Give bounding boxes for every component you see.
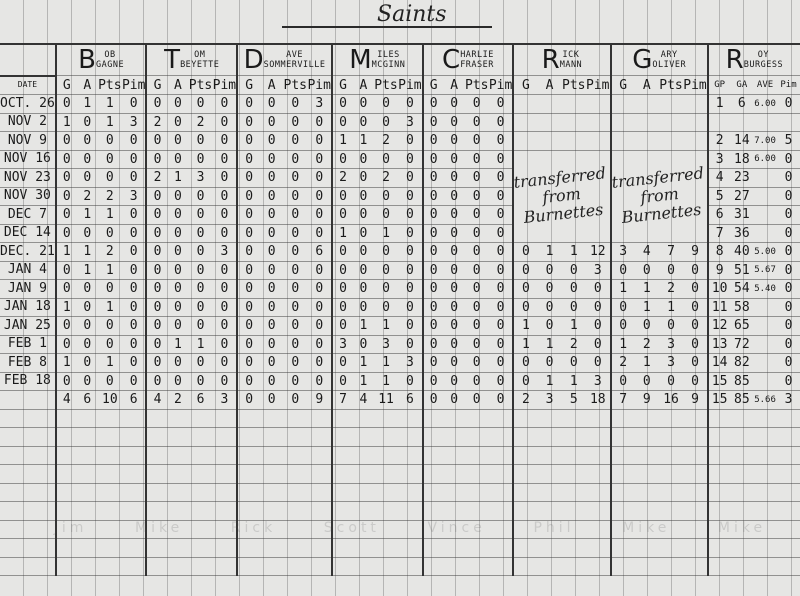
stat-cell: 0	[56, 95, 77, 114]
stat-cell: 0	[537, 317, 561, 336]
stat-cell: 11	[708, 298, 731, 317]
stat-cell: 1	[635, 354, 659, 373]
player-last-name: SOMMERVILLE	[264, 60, 326, 70]
stat-cell: 1	[537, 372, 561, 391]
stat-cell: 0	[683, 335, 708, 354]
stat-cell: 0	[283, 354, 307, 373]
empty-cell	[374, 557, 398, 576]
stat-cell: 0	[56, 150, 77, 169]
empty-cell	[307, 465, 332, 484]
stat-cell: 0	[146, 132, 167, 151]
empty-cell	[77, 483, 98, 502]
stat-cell: 14	[708, 354, 731, 373]
stat-cell: 0	[444, 113, 465, 132]
empty-cell	[0, 483, 56, 502]
empty-cell	[611, 557, 635, 576]
empty-cell	[659, 502, 683, 521]
empty-cell	[537, 483, 561, 502]
player-initial: C	[442, 45, 460, 75]
player-header: GARYOLIVER	[611, 44, 708, 76]
game-row: FEB 8101000000000011300000000213014820	[0, 354, 800, 373]
stat-cell: 1	[332, 224, 353, 243]
player-initial: G	[632, 45, 652, 75]
bleed-through-name: Vince	[428, 520, 486, 550]
stat-cell: 0	[213, 280, 237, 299]
stat-header-pts: Pts	[374, 76, 398, 95]
stat-cell: 0	[398, 95, 422, 114]
stat-cell: 3	[777, 391, 800, 410]
game-row: NOV 1600000000000000000000transferred fr…	[0, 150, 800, 169]
stat-cell: 0	[353, 298, 374, 317]
stat-cell	[659, 113, 683, 132]
empty-cell	[146, 502, 167, 521]
empty-row	[0, 409, 800, 428]
stat-cell: 0	[777, 224, 800, 243]
player-first-name: ARY	[652, 50, 686, 60]
stat-cell: 0	[353, 280, 374, 299]
stat-cell: 0	[77, 150, 98, 169]
stat-cell: 3	[332, 335, 353, 354]
stat-cell: 0	[777, 243, 800, 262]
empty-cell	[146, 446, 167, 465]
stat-header-a: A	[537, 76, 561, 95]
game-row: OCT. 2601100000000300000000166.000	[0, 95, 800, 114]
stat-cell: 0	[146, 335, 167, 354]
stat-cell: 0	[260, 354, 283, 373]
stat-cell: 0	[213, 354, 237, 373]
empty-cell	[537, 446, 561, 465]
empty-cell	[307, 483, 332, 502]
stat-cell: 1	[562, 243, 586, 262]
player-first-name: OM	[180, 50, 219, 60]
empty-cell	[731, 428, 754, 447]
stat-cell: 0	[489, 187, 513, 206]
empty-cell	[77, 502, 98, 521]
stat-cell: 0	[423, 317, 444, 336]
stat-cell: 6	[122, 391, 146, 410]
stat-cell: 0	[77, 317, 98, 336]
empty-cell	[465, 465, 489, 484]
stat-cell: 0	[260, 317, 283, 336]
stat-cell: 0	[237, 95, 260, 114]
stat-cell: 0	[213, 298, 237, 317]
empty-cell	[260, 502, 283, 521]
empty-cell	[444, 465, 465, 484]
stat-cell: 5.40	[753, 280, 777, 299]
stat-cell: 0	[146, 150, 167, 169]
empty-cell	[423, 557, 444, 576]
stat-cell	[683, 113, 708, 132]
stat-cell: 0	[444, 391, 465, 410]
stat-cell: 0	[423, 113, 444, 132]
stat-cell: 0	[489, 206, 513, 225]
empty-cell	[683, 409, 708, 428]
player-first-name: HARLIE	[460, 50, 494, 60]
stat-cell: 18	[731, 150, 754, 169]
stat-cell	[659, 95, 683, 114]
stat-cell: 0	[168, 243, 189, 262]
stat-cell: 1	[635, 280, 659, 299]
empty-cell	[731, 502, 754, 521]
stat-header-g: G	[146, 76, 167, 95]
empty-cell	[444, 483, 465, 502]
stat-cell: 2	[77, 187, 98, 206]
stat-cell: 0	[374, 261, 398, 280]
stat-cell: 4	[56, 391, 77, 410]
stat-cell: 0	[213, 95, 237, 114]
stat-cell: 0	[283, 317, 307, 336]
empty-cell	[635, 428, 659, 447]
empty-cell	[213, 446, 237, 465]
stat-cell: 0	[122, 243, 146, 262]
empty-cell	[237, 465, 260, 484]
empty-cell	[188, 483, 212, 502]
stat-cell: 5.66	[753, 391, 777, 410]
empty-cell	[283, 483, 307, 502]
empty-cell	[489, 428, 513, 447]
stat-cell: 6	[731, 95, 754, 114]
stat-cell: 0	[586, 298, 611, 317]
stat-cell: 9	[683, 243, 708, 262]
empty-cell	[332, 483, 353, 502]
game-date: NOV 23	[0, 169, 56, 188]
empty-cell	[513, 483, 537, 502]
stat-cell: 58	[731, 298, 754, 317]
stat-cell: 15	[708, 391, 731, 410]
empty-cell	[465, 446, 489, 465]
player-header: CHARLIEFRASER	[423, 44, 514, 76]
stat-cell	[777, 113, 800, 132]
stat-cell: 0	[683, 354, 708, 373]
stat-cell: 0	[374, 206, 398, 225]
stat-cell: 0	[659, 372, 683, 391]
empty-cell	[168, 409, 189, 428]
stat-cell	[683, 95, 708, 114]
stat-cell: 5.67	[753, 261, 777, 280]
player-name: HARLIEFRASER	[460, 50, 494, 70]
empty-cell	[444, 502, 465, 521]
stat-cell: 0	[260, 113, 283, 132]
empty-cell	[374, 446, 398, 465]
stat-cell: 0	[56, 317, 77, 336]
stat-cell: 23	[731, 169, 754, 188]
stat-cell: 0	[683, 317, 708, 336]
stat-header-pts: Pts	[659, 76, 683, 95]
stat-cell: 82	[731, 354, 754, 373]
stat-cell: 0	[307, 280, 332, 299]
stat-cell: 0	[77, 354, 98, 373]
stat-cell: 0	[188, 261, 212, 280]
empty-cell	[777, 465, 800, 484]
stat-cell: 0	[423, 132, 444, 151]
stat-cell: 1	[98, 354, 122, 373]
empty-cell	[353, 428, 374, 447]
empty-cell	[586, 428, 611, 447]
stat-cell: 0	[260, 150, 283, 169]
stat-cell: 0	[489, 354, 513, 373]
stat-cell: 0	[398, 169, 422, 188]
stat-cell: 0	[353, 95, 374, 114]
player-header: MILESMCGINN	[332, 44, 423, 76]
stat-cell: 0	[56, 169, 77, 188]
stat-cell: 0	[423, 150, 444, 169]
empty-cell	[237, 446, 260, 465]
empty-cell	[659, 428, 683, 447]
stat-cell: 0	[188, 132, 212, 151]
empty-cell	[611, 483, 635, 502]
player-last-name: BURGESS	[744, 60, 783, 70]
empty-cell	[489, 483, 513, 502]
stat-cell: 2	[146, 113, 167, 132]
stat-cell: 0	[56, 335, 77, 354]
empty-cell	[708, 483, 731, 502]
empty-cell	[731, 409, 754, 428]
empty-cell	[0, 409, 56, 428]
empty-cell	[683, 465, 708, 484]
stat-cell: 6	[77, 391, 98, 410]
stat-cell: 0	[260, 206, 283, 225]
stat-cell: 0	[332, 317, 353, 336]
empty-cell	[146, 557, 167, 576]
stat-cell: 2	[98, 187, 122, 206]
empty-cell	[513, 502, 537, 521]
stat-cell: 0	[398, 280, 422, 299]
empty-cell	[489, 409, 513, 428]
stat-cell: 0	[353, 187, 374, 206]
stat-cell: 0	[122, 95, 146, 114]
stat-cell: 2	[611, 354, 635, 373]
stat-cell	[753, 298, 777, 317]
stat-cell: 0	[307, 317, 332, 336]
stat-cell: 0	[168, 224, 189, 243]
stat-cell: 3	[122, 113, 146, 132]
stat-cell: 1	[537, 243, 561, 262]
stat-header-pim: Pim	[213, 76, 237, 95]
stat-cell: 0	[465, 354, 489, 373]
empty-cell	[307, 502, 332, 521]
stat-cell: 0	[423, 95, 444, 114]
empty-row	[0, 483, 800, 502]
stat-cell: 0	[213, 132, 237, 151]
stat-cell: 0	[777, 354, 800, 373]
stat-cell: 3	[659, 354, 683, 373]
stat-cell	[513, 132, 537, 151]
empty-cell	[683, 428, 708, 447]
stat-cell: 0	[398, 372, 422, 391]
stat-cell: 5	[708, 187, 731, 206]
stat-cell: 1	[77, 95, 98, 114]
stat-cell: 3	[537, 391, 561, 410]
stat-cell: 0	[283, 280, 307, 299]
stat-cell: 0	[398, 224, 422, 243]
empty-cell	[56, 446, 77, 465]
game-row: JAN 25000000000000011000001010000012650	[0, 317, 800, 336]
stat-cell	[611, 113, 635, 132]
player-first-name: OY	[744, 50, 783, 60]
stat-cell: 4	[635, 243, 659, 262]
empty-cell	[374, 483, 398, 502]
stat-cell: 0	[168, 132, 189, 151]
stat-cell: 0	[465, 391, 489, 410]
empty-cell	[513, 465, 537, 484]
game-row: FEB 1000001100000303000001120123013720	[0, 335, 800, 354]
stat-cell: 0	[489, 150, 513, 169]
stat-cell: 0	[777, 95, 800, 114]
empty-cell	[260, 465, 283, 484]
empty-cell	[77, 428, 98, 447]
empty-cell	[213, 483, 237, 502]
stat-cell: 0	[465, 298, 489, 317]
empty-cell	[98, 465, 122, 484]
stat-cell: 18	[586, 391, 611, 410]
stat-cell: 0	[423, 372, 444, 391]
stat-cell: 3	[188, 169, 212, 188]
stat-cell: 0	[307, 261, 332, 280]
empty-cell	[465, 428, 489, 447]
stat-cell	[635, 113, 659, 132]
stat-cell: 0	[146, 187, 167, 206]
stat-cell	[513, 95, 537, 114]
empty-cell	[237, 557, 260, 576]
game-date: JAN 9	[0, 280, 56, 299]
game-date: JAN 4	[0, 261, 56, 280]
bleed-through-name: Phil	[533, 520, 574, 550]
stat-cell: 0	[168, 298, 189, 317]
stat-header-pim: Pim	[307, 76, 332, 95]
stat-cell: 0	[77, 132, 98, 151]
empty-cell	[353, 502, 374, 521]
empty-row	[0, 557, 800, 576]
empty-cell	[332, 557, 353, 576]
stat-cell: 1	[353, 354, 374, 373]
empty-cell	[562, 428, 586, 447]
stat-cell: 0	[146, 317, 167, 336]
stat-cell: 0	[146, 298, 167, 317]
stat-cell: 0	[56, 187, 77, 206]
stat-cell: 4	[708, 169, 731, 188]
team-name: Saints	[377, 2, 447, 27]
stat-cell: 0	[168, 261, 189, 280]
stat-cell	[753, 187, 777, 206]
empty-cell	[98, 409, 122, 428]
stat-cell: 0	[122, 372, 146, 391]
stat-cell: 0	[777, 298, 800, 317]
empty-cell	[188, 428, 212, 447]
stat-header-row: DATEGAPtsPimGAPtsPimGAPtsPimGAPtsPimGAPt…	[0, 76, 800, 95]
stat-cell: 9	[708, 261, 731, 280]
empty-cell	[146, 428, 167, 447]
bleed-through-name: Jim	[54, 520, 88, 550]
stat-cell: 0	[423, 224, 444, 243]
stat-cell: 2	[708, 132, 731, 151]
stat-cell: 0	[513, 354, 537, 373]
stat-cell: 12	[708, 317, 731, 336]
stat-cell	[753, 335, 777, 354]
stat-cell: 0	[168, 95, 189, 114]
stat-cell: 0	[332, 372, 353, 391]
stat-cell: 0	[444, 280, 465, 299]
stat-cell: 0	[283, 243, 307, 262]
empty-cell	[753, 483, 777, 502]
empty-cell	[98, 557, 122, 576]
stat-cell: 0	[307, 298, 332, 317]
empty-cell	[753, 502, 777, 521]
empty-cell	[213, 428, 237, 447]
empty-cell	[489, 502, 513, 521]
stat-cell: 0	[537, 354, 561, 373]
stat-cell: 1	[168, 335, 189, 354]
stat-cell: 0	[56, 206, 77, 225]
empty-cell	[398, 446, 422, 465]
stat-cell: 0	[213, 150, 237, 169]
stat-cell: 0	[513, 298, 537, 317]
empty-cell	[513, 409, 537, 428]
stat-cell: 9	[683, 391, 708, 410]
stat-cell: 0	[122, 206, 146, 225]
game-date: FEB 8	[0, 354, 56, 373]
stat-cell: 0	[122, 150, 146, 169]
empty-cell	[753, 465, 777, 484]
empty-cell	[168, 465, 189, 484]
stat-cell: 1	[98, 113, 122, 132]
stat-cell: 0	[98, 169, 122, 188]
stat-cell	[586, 132, 611, 151]
stat-cell: 72	[731, 335, 754, 354]
stat-cell: 0	[237, 187, 260, 206]
stat-cell: 0	[237, 298, 260, 317]
stat-cell: 0	[168, 187, 189, 206]
stat-cell: 1	[332, 132, 353, 151]
empty-cell	[122, 428, 146, 447]
empty-cell	[122, 502, 146, 521]
empty-row	[0, 465, 800, 484]
stat-cell: 3	[398, 113, 422, 132]
stat-cell: 0	[122, 280, 146, 299]
player-header: RICKMANN	[513, 44, 610, 76]
stat-cell: 1	[77, 243, 98, 262]
stat-cell: 9	[307, 391, 332, 410]
stat-cell: 0	[332, 243, 353, 262]
stat-cell: 0	[374, 150, 398, 169]
stat-cell	[537, 113, 561, 132]
empty-cell	[562, 465, 586, 484]
stat-cell: 0	[353, 150, 374, 169]
stat-cell: 13	[708, 335, 731, 354]
stat-cell: 0	[332, 95, 353, 114]
game-row: JAN 9000000000000000000000000112010545.4…	[0, 280, 800, 299]
stat-cell: 0	[237, 354, 260, 373]
stat-cell: 0	[489, 261, 513, 280]
stat-cell: 0	[283, 261, 307, 280]
empty-cell	[283, 409, 307, 428]
empty-cell	[708, 502, 731, 521]
empty-cell	[0, 446, 56, 465]
empty-cell	[213, 557, 237, 576]
stat-cell: 0	[307, 206, 332, 225]
empty-cell	[586, 409, 611, 428]
empty-cell	[777, 557, 800, 576]
empty-cell	[537, 502, 561, 521]
stat-cell: 0	[188, 95, 212, 114]
empty-cell	[423, 465, 444, 484]
player-initial: R	[726, 45, 744, 75]
stat-cell: 6.00	[753, 95, 777, 114]
stat-cell: 1	[513, 335, 537, 354]
stat-cell: 0	[98, 317, 122, 336]
empty-cell	[683, 557, 708, 576]
stat-cell: 0	[237, 224, 260, 243]
empty-cell	[537, 428, 561, 447]
